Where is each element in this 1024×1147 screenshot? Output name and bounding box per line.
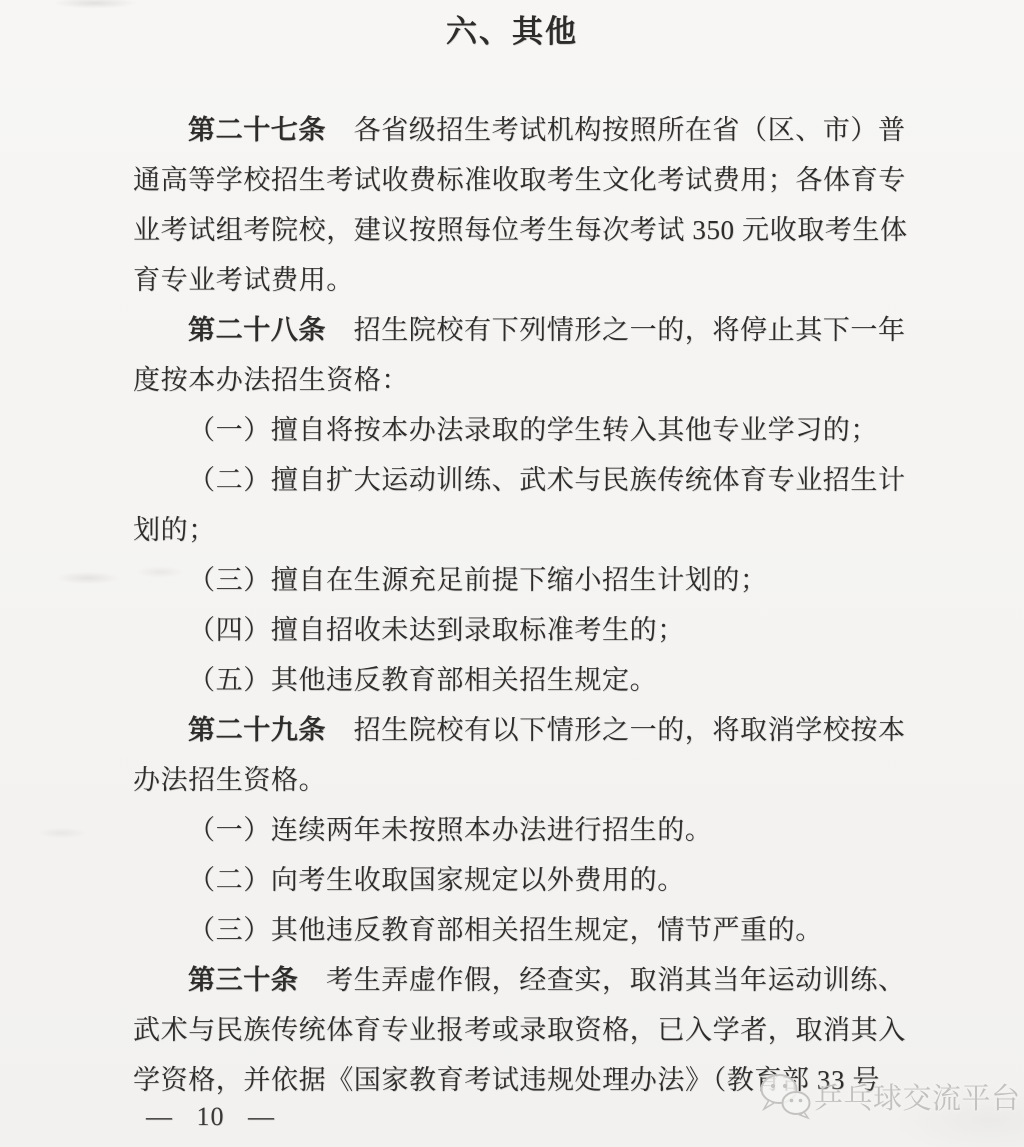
line-text: 划的； <box>133 515 216 545</box>
text-line: 办法招生资格。 <box>133 755 953 805</box>
document-body: 第二十七条 各省级招生考试机构按照所在省（区、市）普通高等学校招生考试收费标准收… <box>133 105 953 1105</box>
line-text: 考生弄虚作假，经查实，取消其当年运动训练、 <box>298 965 905 995</box>
article-number: 第三十条 <box>188 965 298 995</box>
page-title: 六、其他 <box>0 6 1024 51</box>
article-line: 第三十条 考生弄虚作假，经查实，取消其当年运动训练、 <box>133 955 953 1005</box>
text-line: 通高等学校招生考试收费标准收取考生文化考试费用；各体育专 <box>133 155 953 205</box>
line-text: （二）擅自扩大运动训练、武术与民族传统体育专业招生计 <box>188 465 906 495</box>
text-line: （三）其他违反教育部相关招生规定，情节严重的。 <box>133 905 953 955</box>
line-text: 业考试组考院校，建议按照每位考生每次考试 350 元收取考生体 <box>133 215 908 245</box>
page-number: — 10 — <box>146 1102 275 1132</box>
text-line: 武术与民族传统体育专业报考或录取资格，已入学者，取消其入 <box>133 1005 953 1055</box>
line-text: （五）其他违反教育部相关招生规定。 <box>188 665 657 695</box>
article-number: 第二十八条 <box>188 315 326 345</box>
article-line: 第二十八条 招生院校有下列情形之一的，将停止其下一年 <box>133 305 953 355</box>
text-line: （三）擅自在生源充足前提下缩小招生计划的； <box>133 555 953 605</box>
line-text: 招生院校有以下情形之一的，将取消学校按本 <box>326 715 906 745</box>
text-line: 业考试组考院校，建议按照每位考生每次考试 350 元收取考生体 <box>133 205 953 255</box>
line-text: （一）擅自将按本办法录取的学生转入其他专业学习的； <box>188 415 878 445</box>
text-line: （二）擅自扩大运动训练、武术与民族传统体育专业招生计 <box>133 455 953 505</box>
line-text: （四）擅自招收未达到录取标准考生的； <box>188 615 685 645</box>
text-line: 度按本办法招生资格： <box>133 355 953 405</box>
text-line: 划的； <box>133 505 953 555</box>
text-line: （四）擅自招收未达到录取标准考生的； <box>133 605 953 655</box>
line-text: 育专业考试费用。 <box>133 265 354 295</box>
text-line: （一）擅自将按本办法录取的学生转入其他专业学习的； <box>133 405 953 455</box>
line-text: 各省级招生考试机构按照所在省（区、市）普 <box>326 115 906 145</box>
line-text: 度按本办法招生资格： <box>133 365 409 395</box>
document-page: 六、其他 第二十七条 各省级招生考试机构按照所在省（区、市）普通高等学校招生考试… <box>0 0 1024 1147</box>
line-text: 武术与民族传统体育专业报考或录取资格，已入学者，取消其入 <box>133 1015 906 1045</box>
text-line: （二）向考生收取国家规定以外费用的。 <box>133 855 953 905</box>
line-text: 招生院校有下列情形之一的，将停止其下一年 <box>326 315 906 345</box>
text-line: 育专业考试费用。 <box>133 255 953 305</box>
article-line: 第二十七条 各省级招生考试机构按照所在省（区、市）普 <box>133 105 953 155</box>
text-line: 学资格，并依据《国家教育考试违规处理办法》（教育部 33 号 <box>133 1055 953 1105</box>
line-text: （二）向考生收取国家规定以外费用的。 <box>188 865 685 895</box>
line-text: （三）擅自在生源充足前提下缩小招生计划的； <box>188 565 768 595</box>
line-text: 办法招生资格。 <box>133 765 326 795</box>
line-text: 通高等学校招生考试收费标准收取考生文化考试费用；各体育专 <box>133 165 906 195</box>
line-text: 学资格，并依据《国家教育考试违规处理办法》（教育部 33 号 <box>133 1065 880 1095</box>
line-text: （一）连续两年未按照本办法进行招生的。 <box>188 815 712 845</box>
article-number: 第二十七条 <box>188 115 326 145</box>
article-number: 第二十九条 <box>188 715 326 745</box>
text-line: （五）其他违反教育部相关招生规定。 <box>133 655 953 705</box>
article-line: 第二十九条 招生院校有以下情形之一的，将取消学校按本 <box>133 705 953 755</box>
text-line: （一）连续两年未按照本办法进行招生的。 <box>133 805 953 855</box>
line-text: （三）其他违反教育部相关招生规定，情节严重的。 <box>188 915 823 945</box>
